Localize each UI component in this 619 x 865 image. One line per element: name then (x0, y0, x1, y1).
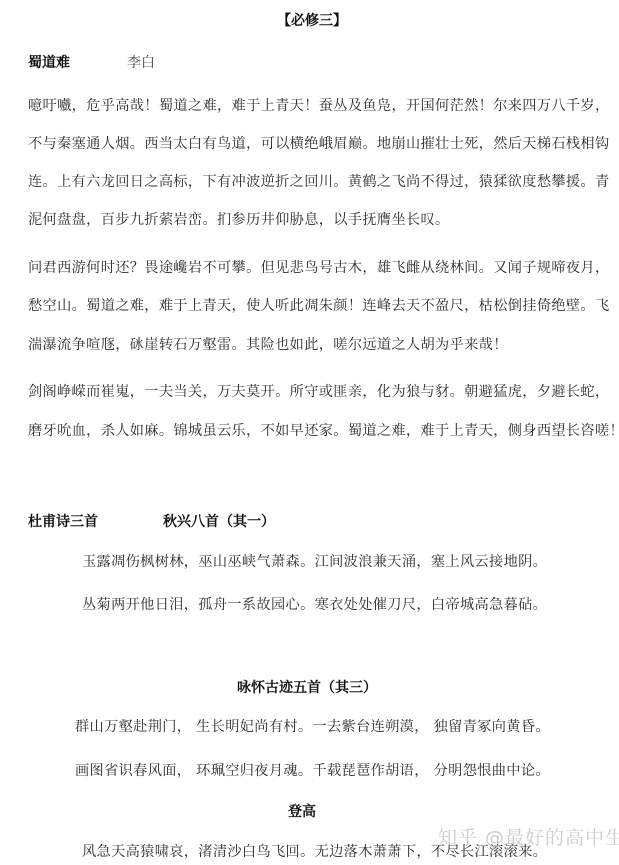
poem-line: 磨牙吮血，杀人如麻。锦城虽云乐，不如早还家。蜀道之难，难于上青天，侧身西望长咨嗟… (28, 420, 619, 440)
poem-title-qiuxing: 秋兴八首（其一） (163, 511, 275, 531)
poem-line: 愁空山。蜀道之难，难于上青天，使人听此凋朱颜！连峰去天不盈尺，枯松倒挂倚绝壁。飞 (28, 295, 610, 315)
poem-line: 画图省识春风面， 环珮空归夜月魂。千载琵琶作胡语， 分明怨恨曲中论。 (75, 760, 550, 780)
poem-line: 连。上有六龙回日之高标，下有冲波逆折之回川。黄鹤之飞尚不得过，猿猱欲度愁攀援。青 (28, 171, 610, 191)
poem-line: 丛菊两开他日泪，孤舟一系故园心。寒衣处处催刀尺，白帝城高急暮砧。 (82, 594, 547, 614)
poem-line: 剑阁峥嵘而崔嵬，一夫当关，万夫莫开。所守或匪亲，化为狼与豺。朝避猛虎，夕避长蛇， (28, 381, 610, 401)
poem-line: 玉露凋伤枫树林，巫山巫峡气萧森。江间波浪兼天涌，塞上风云接地阴。 (82, 551, 547, 571)
poem-title-shudaonan: 蜀道难 (28, 52, 70, 72)
watermark: 知乎 @最好的高中生 (438, 823, 619, 850)
section-title: 【必修三】 (277, 10, 347, 30)
poem-line: 泥何盘盘，百步九折萦岩峦。扪参历井仰胁息，以手抚膺坐长叹。 (28, 209, 450, 229)
poem-line: 噫吁嚱，危乎高哉！蜀道之难，难于上青天！蚕丛及鱼凫，开国何茫然！尔来四万八千岁， (28, 95, 610, 115)
poem-title-denggao: 登高 (288, 801, 316, 821)
poem-line: 不与秦塞通人烟。西当太白有鸟道，可以横绝峨眉巅。地崩山摧壮士死，然后天梯石栈相钩 (28, 133, 610, 153)
poem-line: 湍瀑流争喧豗，砯崖转石万壑雷。其险也如此，嗟尔远道之人胡为乎来哉！ (28, 334, 508, 354)
group-title: 杜甫诗三首 (28, 511, 98, 531)
poem-line: 群山万壑赴荆门， 生长明妃尚有村。一去紫台连朔漠， 独留青冢向黄昏。 (75, 716, 550, 736)
poem-title-yonghuai: 咏怀古迹五首（其三） (237, 677, 377, 697)
poem-line: 问君西游何时还？畏途巉岩不可攀。但见悲鸟号古木，雄飞雌从绕林间。又闻子规啼夜月， (28, 257, 610, 277)
poem-author: 李白 (127, 52, 155, 72)
